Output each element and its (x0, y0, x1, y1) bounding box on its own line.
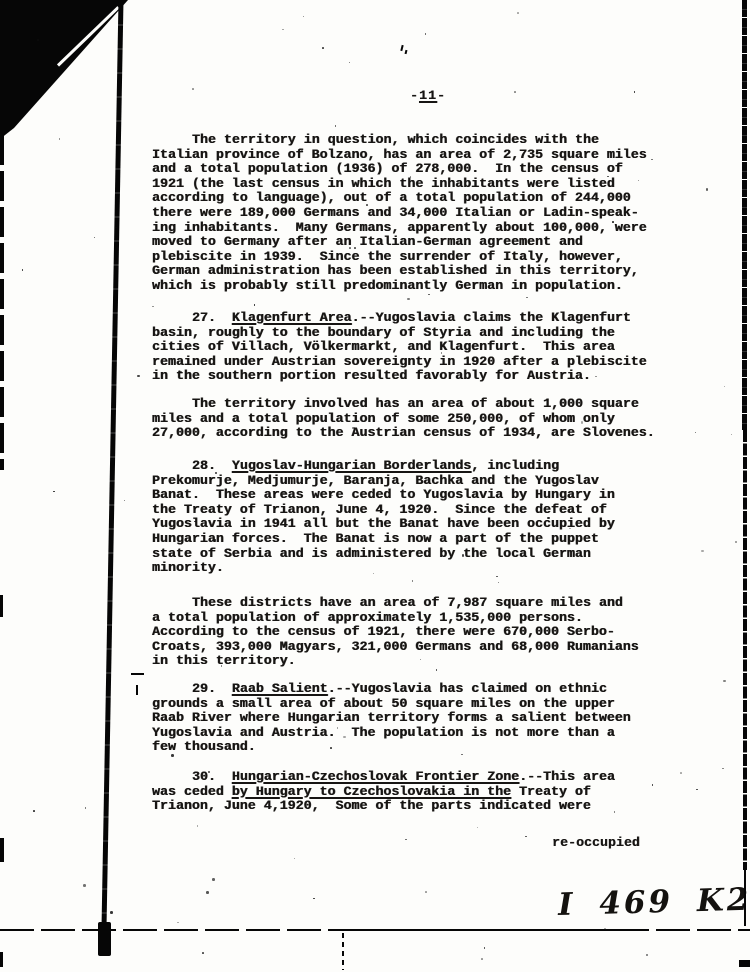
text-line: moved to Germany after an Italian-German… (152, 235, 672, 250)
scanned-document-page: -11- The territory in question, which co… (0, 0, 750, 972)
paragraph-districts: These districts have an area of 7,987 sq… (152, 596, 672, 669)
underlined-text: Yugoslav-Hungarian Borderlands (232, 458, 471, 473)
text-line: few thousand. (152, 740, 672, 755)
page-number-prefix: - (410, 88, 419, 103)
text-segment: plebiscite in 1939. Since the surrender … (152, 249, 623, 264)
scan-speckle (496, 576, 498, 578)
scan-speckle (680, 772, 682, 774)
scan-speckle (425, 33, 427, 35)
text-segment: there were 189,000 Germans and 34,000 It… (152, 205, 639, 220)
text-line: 30. Hungarian-Czechoslovak Frontier Zone… (152, 770, 672, 785)
scan-bottom-vertical-tick (342, 933, 344, 970)
scan-speckle (412, 580, 414, 582)
text-segment: which is probably still predominantly Ge… (152, 278, 623, 293)
text-segment: in this territory. (152, 653, 296, 668)
scan-speckle (706, 188, 709, 191)
scan-speckle (441, 352, 443, 354)
scan-speckle (425, 891, 427, 893)
scan-speckle (337, 727, 339, 729)
text-segment: grounds a small area of about 50 square … (152, 696, 615, 711)
scan-speckle (612, 221, 614, 223)
text-line: Italian province of Bolzano, has an area… (152, 148, 672, 163)
scan-speckle (541, 504, 543, 506)
text-line: there were 189,000 Germans and 34,000 It… (152, 206, 672, 221)
text-segment: 30. (192, 769, 232, 784)
scan-speckle (581, 421, 584, 424)
text-line: basin, roughly to the boundary of Styria… (152, 326, 672, 341)
scan-speckle (407, 298, 410, 301)
scan-speckle (701, 550, 704, 553)
text-line: grounds a small area of about 50 square … (152, 697, 672, 712)
text-line: Raab River where Hungarian territory for… (152, 711, 672, 726)
scan-left-edge-strip (0, 838, 4, 862)
text-segment: Treaty of (511, 784, 591, 799)
scan-speckle (192, 88, 194, 90)
continuation-word: re-occupied (552, 835, 640, 850)
text-segment: .--This area (519, 769, 615, 784)
text-segment: and a total population (1936) of 278,000… (152, 161, 623, 176)
scan-speckle (214, 539, 216, 541)
text-segment: minority. (152, 560, 224, 575)
scan-speckle (53, 491, 55, 493)
page-number: -11- (410, 88, 446, 103)
text-segment: Trianon, June 4,1920, Some of the parts … (152, 798, 591, 813)
scan-right-edge-strip (744, 870, 746, 926)
text-segment: was ceded (152, 784, 232, 799)
text-line: Yugoslavia and Austria. The population i… (152, 726, 672, 741)
text-segment: Yugoslavia in 1941 all but the Banat hav… (152, 516, 615, 531)
text-segment: 27. (192, 310, 232, 325)
text-line: Yugoslavia in 1941 all but the Banat hav… (152, 517, 672, 532)
scan-speckle (723, 680, 726, 683)
scan-margin-dash (131, 673, 144, 675)
text-segment: remained under Austrian sovereignty in 1… (152, 354, 647, 369)
scan-speckle (349, 247, 351, 249)
scan-speckle (206, 891, 209, 894)
scan-speckle (604, 928, 606, 930)
text-line: These districts have an area of 7,987 sq… (152, 596, 672, 611)
text-segment: , including (471, 458, 559, 473)
scan-speckle (436, 669, 438, 671)
text-line: was ceded by Hungary to Czechoslovakia i… (152, 785, 672, 800)
text-segment: Banat. These areas were ceded to Yugosla… (152, 487, 615, 502)
text-line: in the southern portion resulted favorab… (152, 369, 672, 384)
scan-speckle (37, 39, 39, 41)
text-line: plebiscite in 1939. Since the surrender … (152, 250, 672, 265)
paragraph-raab-salient: 29. Raab Salient.--Yugoslavia has claime… (152, 682, 672, 755)
text-line: According to the census of 1921, there w… (152, 625, 672, 640)
scan-margin-tick (136, 685, 138, 695)
scan-corner-mark-bottom-right (739, 960, 750, 967)
scan-speckle (458, 242, 460, 244)
scan-speckle (462, 554, 465, 557)
scan-speckle (461, 754, 463, 756)
text-segment: ing inhabitants. Many Germans, apparentl… (152, 220, 647, 235)
text-segment: 1921 (the last census in which the inhab… (152, 176, 615, 191)
scan-speckle (335, 125, 337, 127)
page-number-value: 11 (419, 88, 437, 103)
scan-speckle (212, 878, 215, 881)
text-segment: basin, roughly to the boundary of Styria… (152, 325, 615, 340)
scan-speckle (283, 492, 285, 494)
scan-speckle (194, 521, 196, 523)
scan-speckle (177, 922, 179, 924)
scan-left-edge-strip (0, 135, 4, 470)
scan-speckle (428, 294, 430, 296)
scan-corner-mark-bottom-left (0, 955, 3, 967)
text-segment: cities of Villach, Völkermarkt, and Klag… (152, 339, 615, 354)
text-segment: miles and a total population of some 250… (152, 411, 615, 426)
scan-speckle (317, 137, 319, 139)
text-segment: in the southern portion resulted favorab… (152, 368, 591, 383)
text-segment: few thousand. (152, 739, 256, 754)
text-line: The territory in question, which coincid… (152, 133, 672, 148)
text-segment: Yugoslavia and Austria. The population i… (152, 725, 615, 740)
page-number-suffix: - (437, 88, 446, 103)
scan-right-edge-strip (742, 0, 747, 430)
scan-speckle (547, 517, 550, 520)
scan-speckle (735, 541, 738, 544)
paragraph-klagenfurt-territory: The territory involved has an area of ab… (152, 397, 672, 441)
paragraph-klagenfurt: 27. Klagenfurt Area.--Yugoslavia claims … (152, 311, 672, 384)
text-segment: Italian province of Bolzano, has an area… (152, 147, 647, 162)
text-segment: According to the census of 1921, there w… (152, 624, 615, 639)
scan-speckle (202, 952, 204, 954)
text-segment: These districts have an area of 7,987 sq… (192, 595, 623, 610)
text-segment: a total population of approximately 1,53… (152, 610, 583, 625)
underlined-text: Hungarian-Czechoslovak Frontier Zone (232, 769, 519, 784)
text-line: which is probably still predominantly Ge… (152, 279, 672, 294)
text-line: the Treaty of Trianon, June 4, 1920. Sin… (152, 503, 672, 518)
paragraph-bolzano: The territory in question, which coincid… (152, 133, 672, 294)
scan-speckle (569, 528, 571, 530)
text-segment: the Treaty of Trianon, June 4, 1920. Sin… (152, 502, 607, 517)
scan-speckle (652, 784, 654, 786)
text-segment: .--Yugoslavia claims the Klagenfurt (352, 310, 631, 325)
scan-left-edge-strip (0, 595, 3, 617)
handwritten-catalog-number: I 469 K28 (558, 881, 750, 923)
underlined-text: Raab Salient (232, 681, 328, 696)
text-segment: Croats, 393,000 Magyars, 321,000 Germans… (152, 639, 639, 654)
text-line: Trianon, June 4,1920, Some of the parts … (152, 799, 672, 814)
scan-speckle (561, 429, 563, 431)
scan-speckle (352, 427, 355, 430)
text-segment: Prekomurje, Medjumurje, Baranja, Bachka … (152, 473, 599, 488)
text-segment: 28. (192, 458, 232, 473)
scan-speckle (171, 754, 174, 757)
scan-bottom-rule-line-solid (330, 929, 630, 931)
scan-speckle (33, 810, 35, 812)
scan-speckle (124, 500, 126, 502)
text-line: German administration has been establish… (152, 264, 672, 279)
text-line: state of Serbia and is administered by t… (152, 547, 672, 562)
text-line: in this territory. (152, 654, 672, 669)
text-line: miles and a total population of some 250… (152, 412, 672, 427)
scan-speckle (208, 771, 211, 774)
scan-speckle (83, 884, 86, 887)
text-segment: Hungarian forces. The Banat is now a par… (152, 531, 599, 546)
paragraph-yugoslav-hungarian: 28. Yugoslav-Hungarian Borderlands, incl… (152, 459, 672, 576)
text-line: minority. (152, 561, 672, 576)
text-line: Hungarian forces. The Banat is now a par… (152, 532, 672, 547)
text-line: 1921 (the last census in which the inhab… (152, 177, 672, 192)
text-segment: 27,000, according to the Austrian census… (152, 425, 655, 440)
text-segment: according to language), out of a total p… (152, 190, 631, 205)
scan-edge-blob (98, 922, 111, 956)
text-segment: German administration has been establish… (152, 263, 639, 278)
text-line: ing inhabitants. Many Germans, apparentl… (152, 221, 672, 236)
scan-speckle (354, 247, 356, 249)
scan-speckle (366, 204, 368, 206)
text-segment: .--Yugoslavia has claimed on ethnic (328, 681, 607, 696)
underlined-text: Klagenfurt Area (232, 310, 352, 325)
paragraph-hungarian-czechoslovak: 30. Hungarian-Czechoslovak Frontier Zone… (152, 770, 672, 814)
scan-speckle (696, 789, 698, 791)
text-segment: moved to Germany after an Italian-German… (152, 234, 583, 249)
text-segment: The territory involved has an area of ab… (192, 396, 639, 411)
text-line: according to language), out of a total p… (152, 191, 672, 206)
text-line: The territory involved has an area of ab… (152, 397, 672, 412)
scan-speckle (514, 91, 516, 93)
scan-speckle (322, 47, 324, 49)
scan-speckle (651, 159, 653, 161)
text-line: 28. Yugoslav-Hungarian Borderlands, incl… (152, 459, 672, 474)
text-line: 27,000, according to the Austrian census… (152, 426, 672, 441)
text-line: and a total population (1936) of 278,000… (152, 162, 672, 177)
scan-speckle (110, 911, 113, 914)
underlined-text: by Hungary to Czechoslovakia in the (232, 784, 511, 799)
scan-speckle (481, 958, 483, 960)
text-segment: The territory in question, which coincid… (192, 132, 599, 147)
text-line: Prekomurje, Medjumurje, Baranja, Bachka … (152, 474, 672, 489)
scan-speckle (282, 29, 284, 31)
scan-speckle (301, 150, 303, 152)
text-segment: Raab River where Hungarian territory for… (152, 710, 631, 725)
text-line: 27. Klagenfurt Area.--Yugoslavia claims … (152, 311, 672, 326)
scan-speckle (330, 747, 332, 749)
text-line: a total population of approximately 1,53… (152, 611, 672, 626)
text-segment: 29. (192, 681, 232, 696)
text-line: cities of Villach, Völkermarkt, and Klag… (152, 340, 672, 355)
text-segment: state of Serbia and is administered by t… (152, 546, 591, 561)
text-line: Croats, 393,000 Magyars, 321,000 Germans… (152, 640, 672, 655)
scan-speckle (517, 12, 519, 14)
text-line: remained under Austrian sovereignty in 1… (152, 355, 672, 370)
text-line: Banat. These areas were ceded to Yugosla… (152, 488, 672, 503)
text-line: 29. Raab Salient.--Yugoslavia has claime… (152, 682, 672, 697)
scan-right-edge-strip (743, 430, 747, 870)
